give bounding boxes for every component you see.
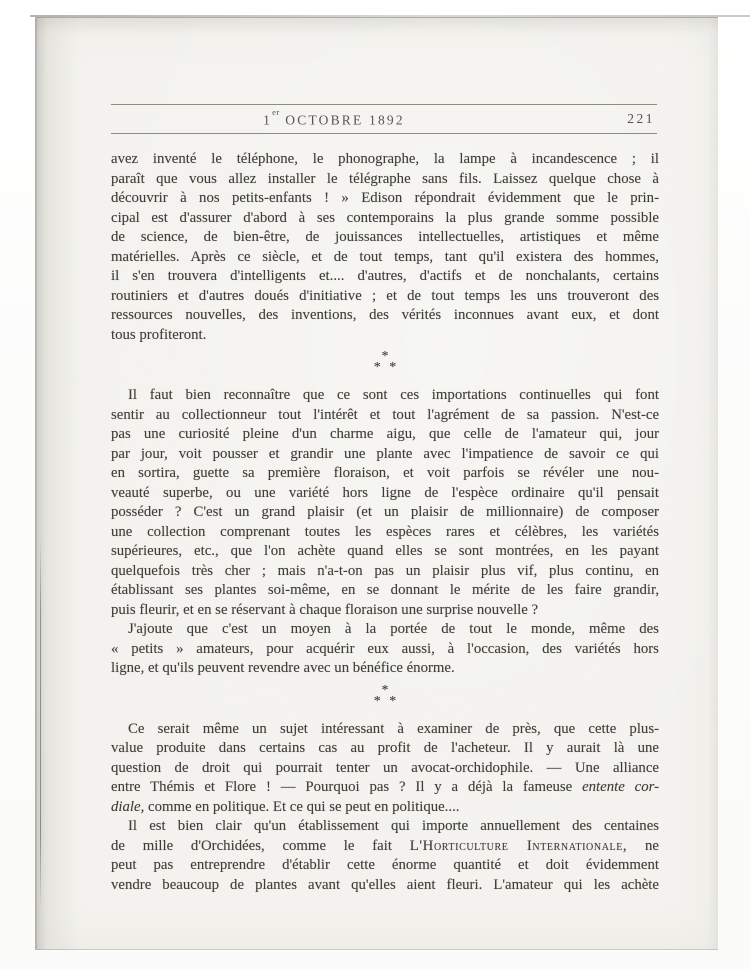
text-line: Il est bien clair qu'un établissement qu… xyxy=(111,817,659,837)
text-line: veauté superbe, ou une variété hors lign… xyxy=(111,484,659,504)
text-line: tous profiteront. xyxy=(111,326,659,346)
binding-crease xyxy=(40,538,41,908)
page-body: avez inventé le téléphone, le phonograph… xyxy=(111,150,659,895)
text-line: value produite dans certains cas au prof… xyxy=(111,739,659,759)
asterism-separator: ** * xyxy=(111,682,659,718)
text-line: peut pas entreprendre d'établir cette én… xyxy=(111,856,659,876)
text-line: Il faut bien reconnaître que ce sont ces… xyxy=(111,386,659,406)
text-line: matérielles. Après ce siècle, et de tout… xyxy=(111,248,659,268)
page-number: 221 xyxy=(627,111,655,127)
text-line: entre Thémis et Flore ! — Pourquoi pas ?… xyxy=(111,778,659,798)
text-line: en sortira, guette sa première floraison… xyxy=(111,464,659,484)
text-line: supérieures, etc., que l'on achète quand… xyxy=(111,542,659,562)
issue-date-ordinal: er xyxy=(272,107,280,117)
text-line: quelquefois très cher ; mais n'a-t-on pa… xyxy=(111,562,659,582)
text-line: ressources nouvelles, des inventions, de… xyxy=(111,306,659,326)
text-line: avez inventé le téléphone, le phonograph… xyxy=(111,150,659,170)
text-line: paraît que vous allez installer le télég… xyxy=(111,170,659,190)
issue-date-rest: OCTOBRE 1892 xyxy=(280,113,405,128)
text-line: de science, de bien-être, de jouissances… xyxy=(111,228,659,248)
text-line: établissant ses plantes soi-même, en se … xyxy=(111,581,659,601)
text-line: puis fleurir, et en se réservant à chaqu… xyxy=(111,601,659,621)
text-line: découvrir à nos petits-enfants ! » Ediso… xyxy=(111,189,659,209)
text-line: ligne, et qu'ils peuvent revendre avec u… xyxy=(111,659,659,679)
asterism-separator: ** * xyxy=(111,348,659,384)
text-line: une collection comprenant toutes les esp… xyxy=(111,523,659,543)
journal-page: 1er OCTOBRE 1892 221 avez inventé le tél… xyxy=(35,17,718,950)
text-line: posséder ? C'est un grand plaisir (et un… xyxy=(111,503,659,523)
text-line: question de droit qui pourrait tenter un… xyxy=(111,759,659,779)
text-line: routiniers et d'autres doués d'initiativ… xyxy=(111,287,659,307)
text-line: J'ajoute que c'est un moyen à la portée … xyxy=(111,620,659,640)
text-line: il s'en trouvera d'intelligents et.... d… xyxy=(111,267,659,287)
text-line: sentir au collectionneur tout l'intérêt … xyxy=(111,406,659,426)
text-line: par jour, voit pousser et grandir une pl… xyxy=(111,445,659,465)
text-line: « petits » amateurs, pour acquérir eux a… xyxy=(111,640,659,660)
issue-date-day: 1 xyxy=(263,113,272,128)
text-line: diale, comme en politique. Et ce qui se … xyxy=(111,798,659,818)
issue-date: 1er OCTOBRE 1892 xyxy=(61,111,607,129)
text-line: pas une curiosité pleine d'un charme aig… xyxy=(111,425,659,445)
text-line: vendre beaucoup de plantes avant qu'elle… xyxy=(111,876,659,896)
page-header: 1er OCTOBRE 1892 221 xyxy=(111,104,657,134)
text-line: de mille d'Orchidées, comme le fait L'Ho… xyxy=(111,837,659,857)
text-line: cipal est d'assurer d'abord à ses contem… xyxy=(111,209,659,229)
text-line: Ce serait même un sujet intéressant à ex… xyxy=(111,720,659,740)
